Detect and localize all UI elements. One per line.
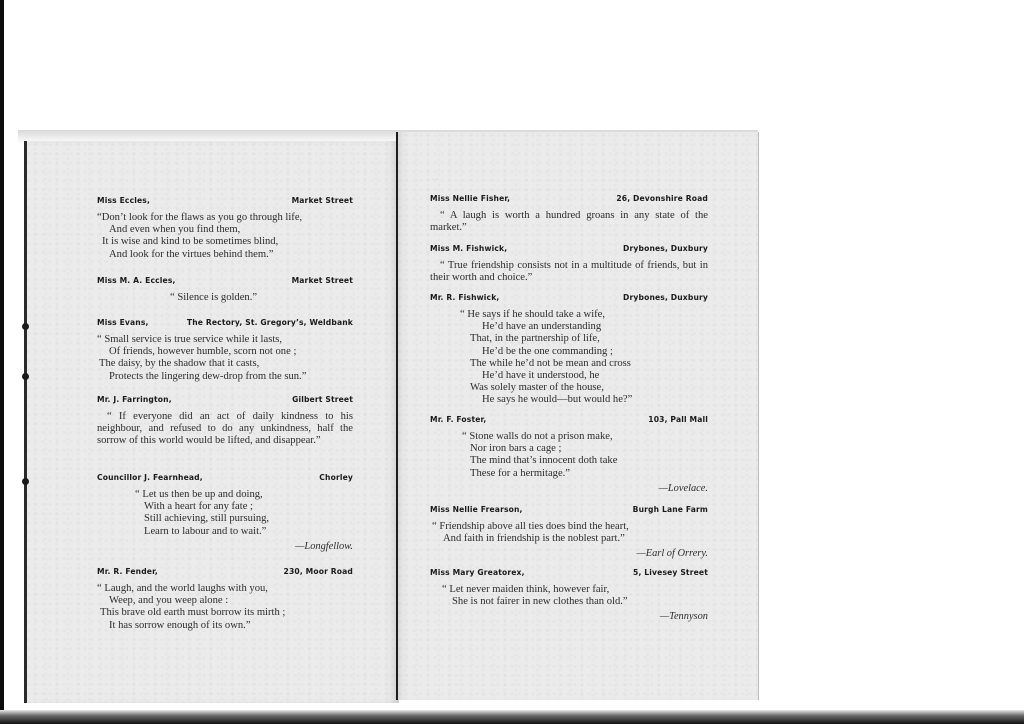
binding-hole <box>22 478 29 485</box>
entry-name: Miss M. A. Eccles, <box>97 276 176 285</box>
entry-header: Mr. F. Foster, 103, Pall Mall <box>430 415 708 427</box>
attribution: —Earl of Orrery. <box>430 548 708 559</box>
entry-name: Miss M. Fishwick, <box>430 244 507 253</box>
right-page: · · Miss Nellie Fisher, 26, Devonshire R… <box>396 132 759 700</box>
quote: “ Laugh, and the world laughs with you, … <box>97 583 353 632</box>
quote-line: “ Silence is golden.” <box>97 292 353 304</box>
entry-address: 103, Pall Mall <box>648 415 708 424</box>
attribution: —Longfellow. <box>97 541 353 552</box>
quote-line: And faith in friendship is the noblest p… <box>430 533 708 545</box>
quote-line: It has sorrow enough of its own.” <box>97 620 353 632</box>
entry-header: Miss M. A. Eccles, Market Street <box>97 276 353 288</box>
quote: “ A laugh is worth a hundred groans in a… <box>430 210 708 234</box>
entry-name: Councillor J. Fearnhead, <box>97 473 203 482</box>
entry-name: Mr. R. Fishwick, <box>430 293 499 302</box>
quote-line: “ Stone walls do not a prison make, <box>430 431 708 443</box>
quote-line: It is wise and kind to be sometimes blin… <box>97 236 353 248</box>
quote: “ If everyone did an act of daily kindne… <box>97 411 353 448</box>
quote-line: The mind that’s innocent doth take <box>430 455 708 467</box>
quote: “ True friendship consists not in a mult… <box>430 260 708 284</box>
entry: Miss Nellie Frearson, Burgh Lane Farm “ … <box>430 505 708 559</box>
quote-line: “ Laugh, and the world laughs with you, <box>97 583 353 595</box>
quote-line: The daisy, by the shadow that it casts, <box>97 358 353 370</box>
entry: Miss Evans, The Rectory, St. Gregory’s, … <box>97 318 353 383</box>
entry: Miss Nellie Fisher, 26, Devonshire Road … <box>430 194 708 234</box>
entry-name: Miss Mary Greatorex, <box>430 568 525 577</box>
quote-line: “ Friendship above all ties does bind th… <box>430 521 708 533</box>
quote: “ He says if he should take a wife, He’d… <box>430 309 708 407</box>
entry: Miss M. Fishwick, Drybones, Duxbury “ Tr… <box>430 244 708 284</box>
entry-header: Miss Nellie Fisher, 26, Devonshire Road <box>430 194 708 206</box>
quote-line: These for a hermitage.” <box>430 468 708 480</box>
quote-line: He says he would—but would he?” <box>430 394 708 406</box>
binding-hole <box>22 323 29 330</box>
quote-line: “Don’t look for the flaws as you go thro… <box>97 212 353 224</box>
entry: Mr. J. Farrington, Gilbert Street “ If e… <box>97 395 353 448</box>
entry: Miss Eccles, Market Street “Don’t look f… <box>97 196 353 261</box>
attribution: —Lovelace. <box>430 483 708 494</box>
scan-edge <box>0 0 4 724</box>
left-page: Miss Eccles, Market Street “Don’t look f… <box>24 141 399 703</box>
quote-line: Learn to labour and to wait.” <box>97 526 353 538</box>
quote: “ Stone walls do not a prison make, Nor … <box>430 431 708 480</box>
entry: Mr. R. Fender, 230, Moor Road “ Laugh, a… <box>97 567 353 632</box>
entry-address: 26, Devonshire Road <box>616 194 708 203</box>
entry-header: Miss Evans, The Rectory, St. Gregory’s, … <box>97 318 353 330</box>
entry-address: Drybones, Duxbury <box>623 293 708 302</box>
entry-header: Mr. J. Farrington, Gilbert Street <box>97 395 353 407</box>
quote-line: Still achieving, still pursuing, <box>97 513 353 525</box>
quote-line: “ Small service is true service while it… <box>97 334 353 346</box>
quote-line: And even when you find them, <box>97 224 353 236</box>
entry-name: Miss Evans, <box>97 318 149 327</box>
quote-line: Protects the lingering dew-drop from the… <box>97 371 353 383</box>
entry-address: Drybones, Duxbury <box>623 244 708 253</box>
entry-address: Market Street <box>292 196 353 205</box>
entry-address: Market Street <box>292 276 353 285</box>
entry-header: Mr. R. Fishwick, Drybones, Duxbury <box>430 293 708 305</box>
quote-line: “ True friendship consists not in a mult… <box>430 260 708 284</box>
entry-name: Miss Nellie Frearson, <box>430 505 523 514</box>
quote-line: He’d have an understanding <box>430 321 708 333</box>
entry-name: Mr. R. Fender, <box>97 567 158 576</box>
quote-line: And look for the virtues behind them.” <box>97 249 353 261</box>
attribution: —Tennyson <box>430 611 708 622</box>
entry: Miss Mary Greatorex, 5, Livesey Street “… <box>430 568 708 622</box>
entry-header: Miss Eccles, Market Street <box>97 196 353 208</box>
entry-address: Burgh Lane Farm <box>633 505 708 514</box>
quote: “ Silence is golden.” <box>97 292 353 304</box>
entry-name: Miss Nellie Fisher, <box>430 194 510 203</box>
quote-line: She is not fairer in new clothes than ol… <box>430 596 708 608</box>
entry-name: Mr. J. Farrington, <box>97 395 172 404</box>
quote: “Don’t look for the flaws as you go thro… <box>97 212 353 261</box>
quote-line: “ A laugh is worth a hundred groans in a… <box>430 210 708 234</box>
entry-address: The Rectory, St. Gregory’s, Weldbank <box>187 318 353 327</box>
quote-line: “ Let never maiden think, however fair, <box>430 584 708 596</box>
quote-line: Nor iron bars a cage ; <box>430 443 708 455</box>
entry-address: 5, Livesey Street <box>633 568 708 577</box>
entry-header: Miss Nellie Frearson, Burgh Lane Farm <box>430 505 708 517</box>
entry-header: Councillor J. Fearnhead, Chorley <box>97 473 353 485</box>
quote-line: That, in the partnership of life, <box>430 333 708 345</box>
entry-address: Gilbert Street <box>292 395 353 404</box>
quote-line: This brave old earth must borrow its mir… <box>97 607 353 619</box>
quote: “ Let us then be up and doing, With a he… <box>97 489 353 538</box>
quote-line: Weep, and you weep alone : <box>97 595 353 607</box>
quote-line: “ Let us then be up and doing, <box>97 489 353 501</box>
quote-line: With a heart for any fate ; <box>97 501 353 513</box>
quote-line: The while he’d not be mean and cross <box>430 358 708 370</box>
quote-line: He’d be the one commanding ; <box>430 346 708 358</box>
entry-name: Miss Eccles, <box>97 196 150 205</box>
quote-line: Of friends, however humble, scorn not on… <box>97 346 353 358</box>
entry-address: Chorley <box>319 473 353 482</box>
scan-edge <box>0 710 1024 724</box>
quote: “ Let never maiden think, however fair, … <box>430 584 708 608</box>
stray-mark: · · <box>432 177 438 183</box>
entry-address: 230, Moor Road <box>284 567 353 576</box>
quote: “ Friendship above all ties does bind th… <box>430 521 708 545</box>
entry: Miss M. A. Eccles, Market Street “ Silen… <box>97 276 353 304</box>
entry-header: Mr. R. Fender, 230, Moor Road <box>97 567 353 579</box>
entry: Mr. F. Foster, 103, Pall Mall “ Stone wa… <box>430 415 708 494</box>
entry-header: Miss Mary Greatorex, 5, Livesey Street <box>430 568 708 580</box>
quote-line: “ If everyone did an act of daily kindne… <box>97 411 353 448</box>
entry-header: Miss M. Fishwick, Drybones, Duxbury <box>430 244 708 256</box>
quote-line: Was solely master of the house, <box>430 382 708 394</box>
quote-line: “ He says if he should take a wife, <box>430 309 708 321</box>
binding-hole <box>22 373 29 380</box>
entry: Councillor J. Fearnhead, Chorley “ Let u… <box>97 473 353 552</box>
entry: Mr. R. Fishwick, Drybones, Duxbury “ He … <box>430 293 708 407</box>
entry-name: Mr. F. Foster, <box>430 415 486 424</box>
quote: “ Small service is true service while it… <box>97 334 353 383</box>
quote-line: He’d have it understood, he <box>430 370 708 382</box>
